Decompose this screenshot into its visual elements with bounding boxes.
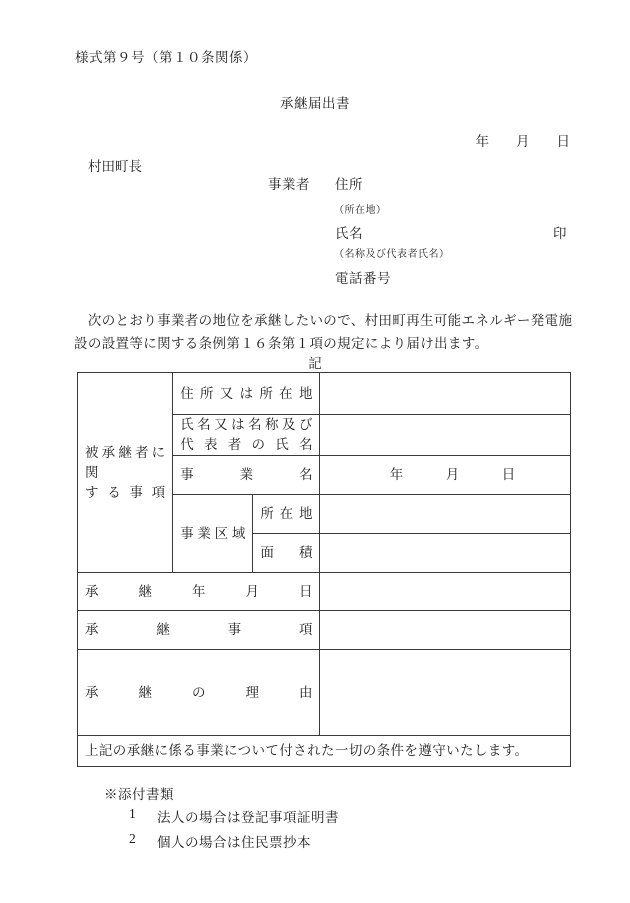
area-label: 面 積: [253, 534, 320, 573]
location-label: 所 在 地: [253, 495, 320, 534]
form-title: 承継届出書: [0, 92, 630, 112]
form-page: 様式第９号（第１０条関係） 承継届出書 年 月 日 村田町長 事業者 住所 （所…: [0, 0, 630, 903]
name-row-value[interactable]: [320, 415, 571, 456]
succession-form-table: 被承継者に関 す る 事 項 住 所 又 は 所 在 地 氏 名 又 は 名 称…: [77, 372, 571, 767]
addressee-mayor: 村田町長: [88, 155, 142, 175]
attachment-item-2: 2 個人の場合は住民票抄本: [129, 831, 311, 851]
name-row-label-line2: 代 表 者 の 氏 名: [180, 435, 312, 455]
attachment-item-2-text: 個人の場合は住民票抄本: [157, 831, 311, 851]
succession-matter-label: 承 継 事 項: [78, 611, 320, 650]
group-header-line1: 被承継者に関: [85, 443, 165, 483]
applicant-address-label: 住所: [335, 173, 363, 193]
location-value[interactable]: [320, 495, 571, 534]
form-number: 様式第９号（第１０条関係）: [75, 46, 257, 66]
applicant-name-label: 氏名: [335, 222, 363, 242]
address-row-value[interactable]: [320, 373, 571, 415]
date-line: 年 月 日: [0, 130, 630, 150]
attachment-item-1-text: 法人の場合は登記事項証明書: [157, 806, 339, 826]
address-row-label: 住 所 又 は 所 在 地: [173, 373, 320, 415]
pledge-text: 上記の承継に係る事業について付された一切の条件を遵守いたします。: [78, 736, 571, 767]
applicant-name-note: （名称及び代表者氏名）: [334, 245, 450, 260]
succession-matter-value[interactable]: [320, 611, 571, 650]
succession-date-label: 承 継 年 月 日: [78, 573, 320, 611]
table-row-succession-matter: 承 継 事 項: [78, 611, 571, 650]
table-row-succession-reason: 承 継 の 理 由: [78, 650, 571, 736]
table-row-pledge: 上記の承継に係る事業について付された一切の条件を遵守いたします。: [78, 736, 571, 767]
seal-mark: 印: [553, 222, 567, 242]
ki-mark: 記: [0, 352, 630, 372]
table-row-address: 被承継者に関 す る 事 項 住 所 又 は 所 在 地: [78, 373, 571, 415]
succession-reason-value[interactable]: [320, 650, 571, 736]
attachment-item-2-number: 2: [129, 831, 157, 851]
business-name-label: 事 業 名: [173, 456, 320, 495]
area-value[interactable]: [320, 534, 571, 573]
attachment-item-1-number: 1: [129, 806, 157, 826]
applicant-phone-label: 電話番号: [335, 267, 391, 287]
business-area-label: 事 業 区 域: [173, 495, 253, 573]
body-paragraph-line1: 次のとおり事業者の地位を承継したいので、村田町再生可能エネルギー発電施: [74, 309, 574, 332]
succession-reason-label: 承 継 の 理 由: [78, 650, 320, 736]
applicant-label: 事業者: [268, 173, 310, 193]
group-header-predecessor: 被承継者に関 す る 事 項: [78, 373, 173, 573]
applicant-address-note: （所在地）: [334, 201, 387, 216]
attachment-item-1: 1 法人の場合は登記事項証明書: [129, 806, 339, 826]
group-header-line2: す る 事 項: [85, 483, 165, 503]
business-name-value[interactable]: 年 月 日: [320, 456, 571, 495]
body-paragraph: 次のとおり事業者の地位を承継したいので、村田町再生可能エネルギー発電施 設の設置…: [74, 309, 574, 355]
name-row-label-line1: 氏 名 又 は 名 称 及 び: [180, 415, 312, 435]
name-row-label: 氏 名 又 は 名 称 及 び 代 表 者 の 氏 名: [173, 415, 320, 456]
attachments-heading: ※添付書類: [104, 783, 174, 803]
table-row-succession-date: 承 継 年 月 日: [78, 573, 571, 611]
succession-date-value[interactable]: [320, 573, 571, 611]
